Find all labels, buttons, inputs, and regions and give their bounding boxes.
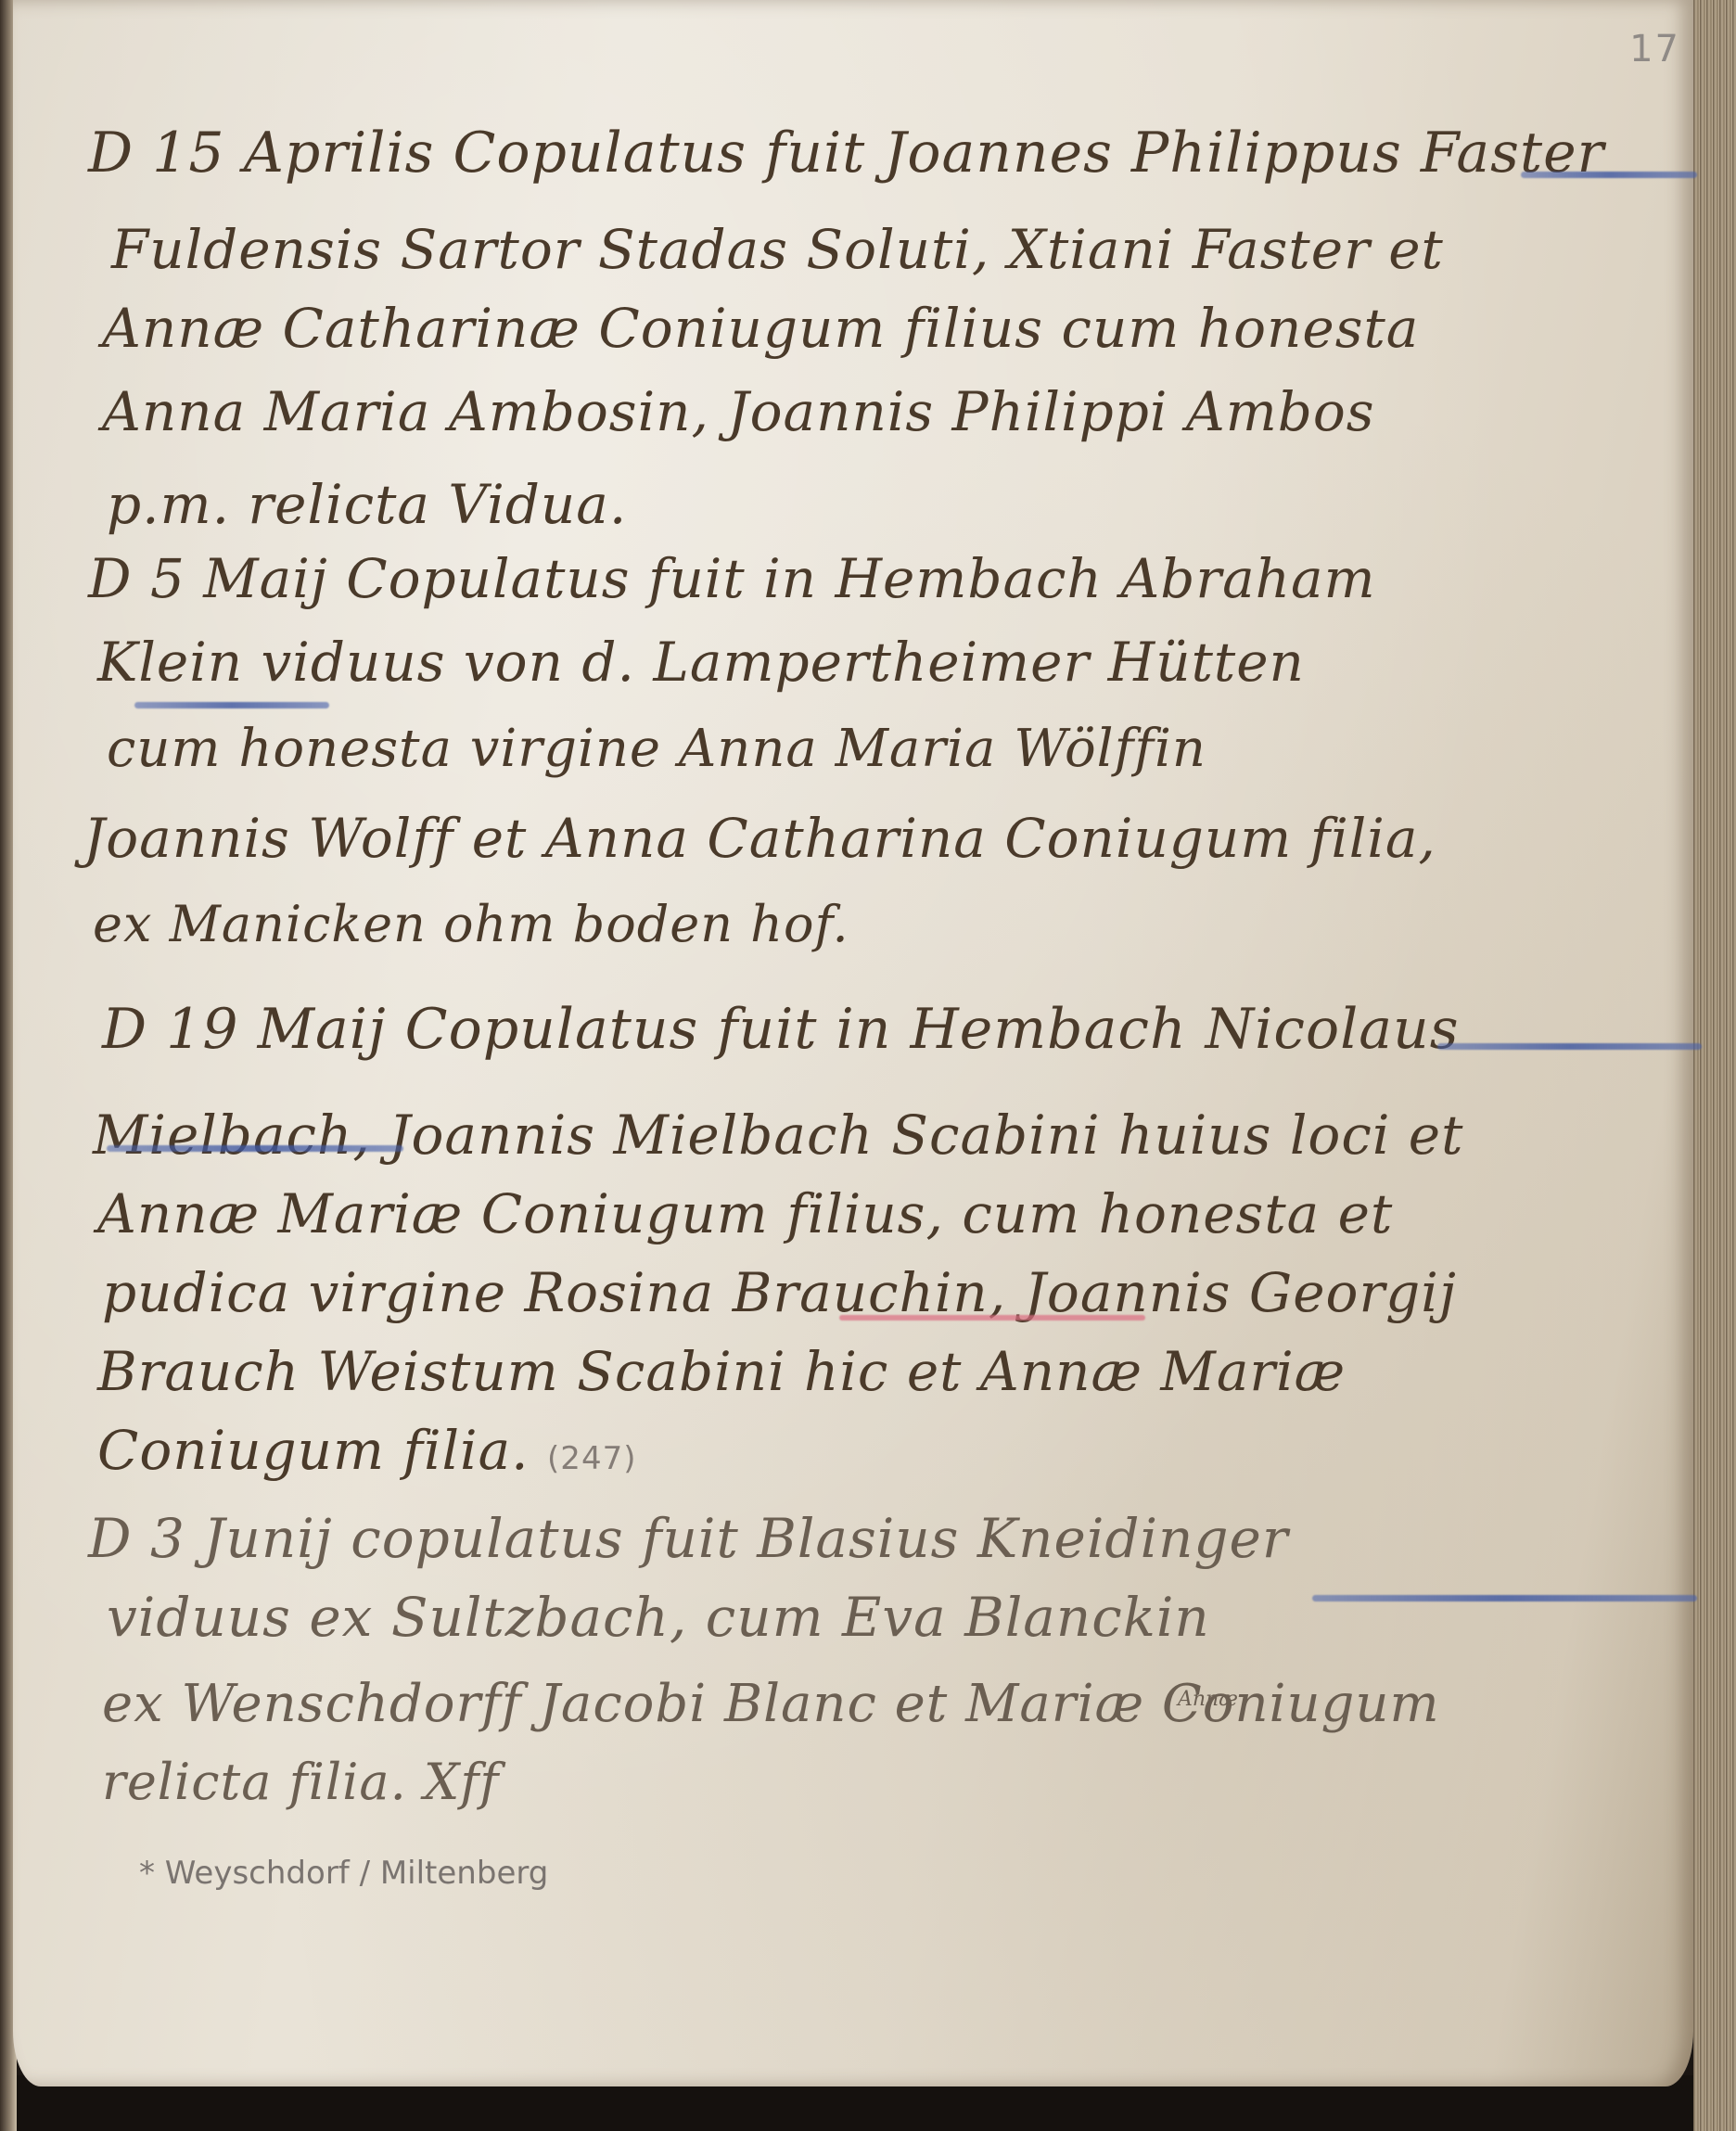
entry-line: relicta filia. Xff [102,1753,499,1811]
entry-line: Joannis Wolff et Anna Catharina Coniugum… [83,807,1436,870]
entry-line: Coniugum filia. (247) [97,1419,636,1482]
entry-line: viduus ex Sultzbach, cum Eva Blanckin [107,1586,1210,1649]
entry-line-text: Coniugum filia. [97,1419,530,1482]
entry-line: Annæ Catharinæ Coniugum filius cum hones… [102,297,1419,360]
entry-line: D 19 Maij Copulatus fuit in Hembach Nico… [102,997,1460,1062]
entry-line: Anna Maria Ambosin, Joannis Philippi Amb… [102,380,1375,443]
blue-underline [107,1145,403,1152]
pencil-reference-number: (247) [547,1440,636,1477]
pencil-footnote: * Weyschdorf / Miltenberg [139,1855,548,1892]
manuscript-text: D 15 Aprilis Copulatus fuit Joannes Phil… [0,0,1736,2131]
entry-line: ex Manicken ohm boden hof. [93,895,849,953]
red-underline [839,1315,1145,1321]
blue-underline [134,702,329,708]
entry-line: Klein viduus von d. Lampertheimer Hütten [97,631,1305,694]
entry-line: Annæ Mariæ Coniugum filius, cum honesta … [97,1182,1393,1245]
blue-underline [1437,1043,1702,1050]
entry-line: p.m. relicta Vidua. [107,473,627,536]
blue-underline [1521,172,1697,178]
entry-line: pudica virgine Rosina Brauchin, Joannis … [102,1261,1457,1324]
entry-line: ex Wenschdorff Jacobi Blanc et Mariæ Con… [102,1674,1440,1734]
entry-line: Brauch Weistum Scabini hic et Annæ Mariæ [97,1340,1346,1403]
blue-underline [1312,1595,1697,1601]
entry-line: D 15 Aprilis Copulatus fuit Joannes Phil… [88,121,1604,185]
entry-line: D 5 Maij Copulatus fuit in Hembach Abrah… [88,547,1376,610]
entry-line: Mielbach, Joannis Mielbach Scabini huius… [93,1104,1463,1167]
folio-number: 17 [1629,28,1680,70]
entry-line: D 3 Junij copulatus fuit Blasius Kneidin… [88,1507,1289,1570]
entry-line: Fuldensis Sartor Stadas Soluti, Xtiani F… [111,218,1444,281]
entry-line: cum honesta virgine Anna Maria Wölffin [107,719,1206,779]
